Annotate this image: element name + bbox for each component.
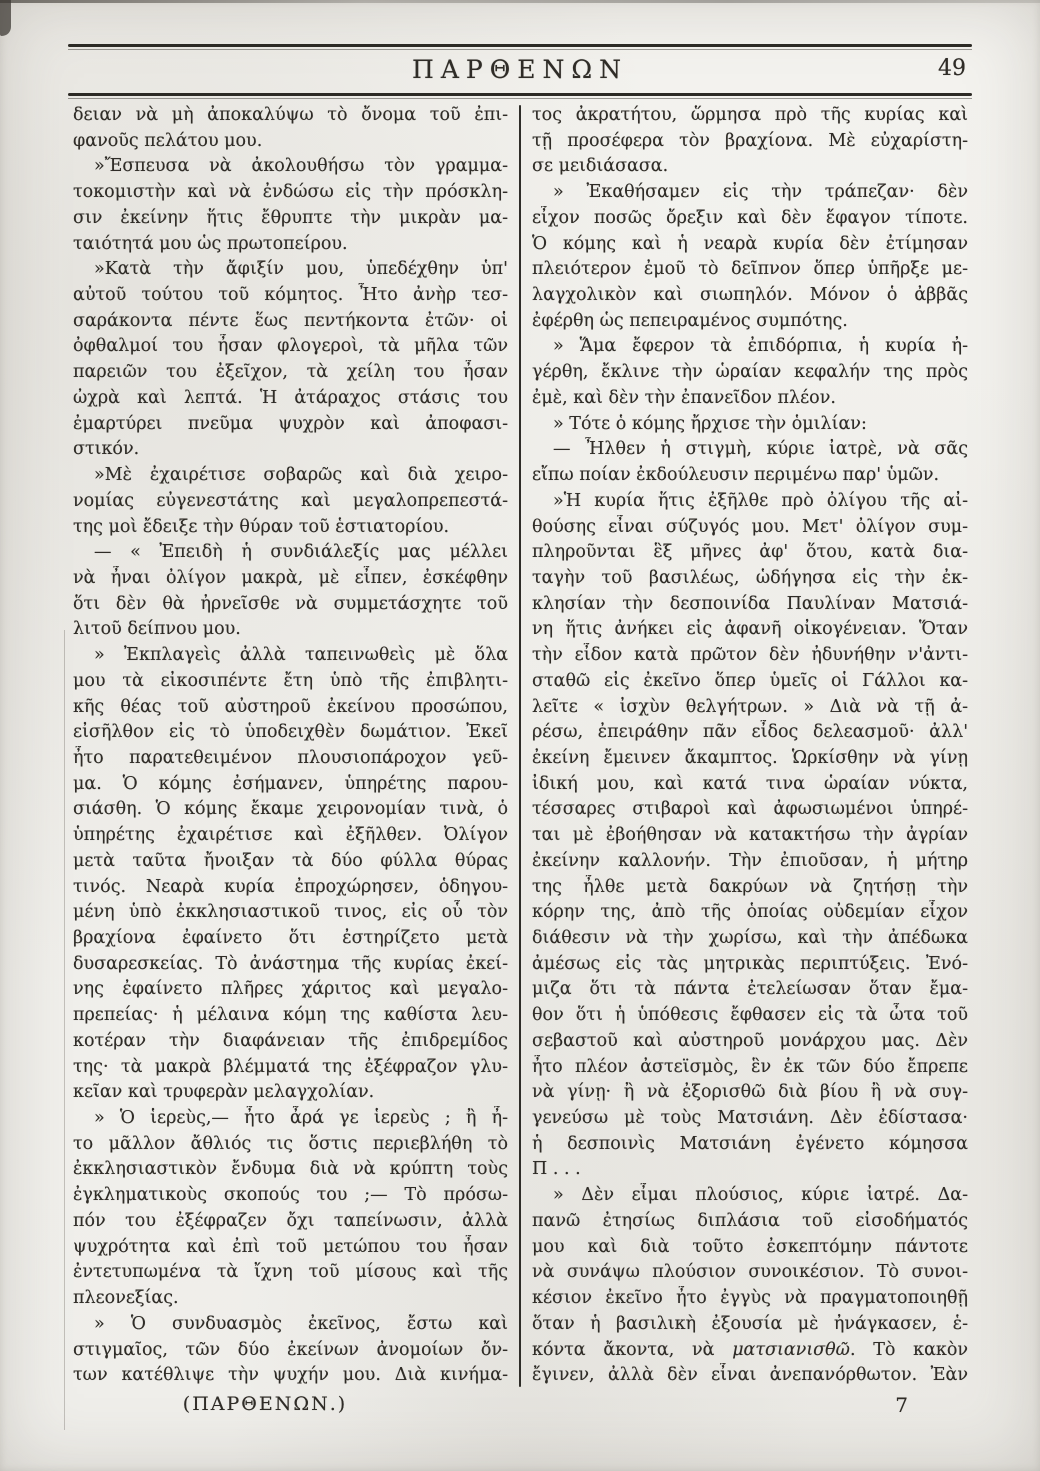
text-line: νὰ γίνῃ· ἢ νὰ ἐξορισθῶ διὰ βίου ἢ νὰ συγ… (532, 1080, 968, 1106)
text-line: νομίας εὐγενεστάτης καὶ μεγαλοπρεπεστά- (73, 489, 508, 515)
page-footer: (ΠΑΡΘΕΝΩΝ.) 7 (68, 1393, 972, 1417)
text-line: θούσης εἶναι σύζυγός μου. Μετ' ὀλίγον συ… (532, 515, 968, 541)
text-line: πόν του ἐξέφραζεν ὄχι ταπείνωσιν, ἀλλὰ (73, 1209, 508, 1235)
text-line: της ἦλθε μετὰ δακρύων νὰ ζητήσῃ τὴν (532, 875, 968, 901)
text-line: κλησίαν τὴν δεσποινίδα Παυλίναν Ματσιά- (532, 592, 968, 618)
text-columns: δειαν νὰ μὴ ἀποκαλύψω τὸ ὄνομα τοῦ ἐπι-φ… (68, 103, 972, 1389)
footer-signature: (ΠΑΡΘΕΝΩΝ.) (68, 1393, 520, 1417)
scanned-journal-page: ΠΑΡΘΕΝΩΝ 49 δειαν νὰ μὴ ἀποκαλύψω τὸ ὄνο… (0, 0, 1040, 1471)
text-line: διάθεσιν νὰ τὴν χωρίσω, καὶ τὴν ἀπέδωκα (532, 926, 968, 952)
text-line: ταγὴν τοῦ βασιλέως, ὡδήγησα εἰς τὴν ἐκ- (532, 566, 968, 592)
text-line: ἡ δεσποινὶς Ματσιάνη ἐγένετο κόμησσα (532, 1132, 968, 1158)
text-line: ὑπηρέτης ἐχαιρέτισε καὶ ἐξῆλθεν. Ὀλίγον (73, 823, 508, 849)
text-line: δειαν νὰ μὴ ἀποκαλύψω τὸ ὄνομα τοῦ ἐπι- (73, 103, 508, 129)
text-line: μα. Ὁ κόμης ἐσήμανεν, ὑπηρέτης παρου- (73, 772, 508, 798)
text-line: ἐκείνην καλλονήν. Τὴν ἐπιοῦσαν, ἡ μήτηρ (532, 849, 968, 875)
text-line: » Ὁ συνδυασμὸς ἐκεῖνος, ἔστω καὶ (73, 1312, 508, 1338)
column-left: δειαν νὰ μὴ ἀποκαλύψω τὸ ὄνομα τοῦ ἐπι-φ… (68, 103, 520, 1389)
text-line: Ὁ κόμης καὶ ἡ νεαρὰ κυρία δὲν ἐτίμησαν (532, 232, 968, 258)
header-bottom-rule (68, 93, 972, 96)
journal-title: ΠΑΡΘΕΝΩΝ (412, 55, 628, 84)
text-line: δυσαρεσκείας. Τὸ ἀνάστημα τῆς κυρίας ἐκε… (73, 952, 508, 978)
text-line: σιν ἐκείνην ἥτις ἔθρυπτε τὴν μικρὰν μα- (73, 206, 508, 232)
text-line: μου τὰ εἰκοσιπέντε ἔτη ὑπὸ τῆς ἐπιβλητι- (73, 669, 508, 695)
text-line: λιτοῦ δείπνου μου. (73, 617, 508, 643)
text-line: ἐκείνη ἔμεινεν ἄκαμπτος. Ὡρκίσθην νὰ γίν… (532, 746, 968, 772)
text-line: τέσσαρες στιβαροὶ καὶ ἀφωσιωμένοι ὑπηρέ- (532, 797, 968, 823)
text-line: γενεύσω μὲ τοὺς Ματσιάνη. Δὲν ἐδίστασα· (532, 1106, 968, 1132)
text-line: εἴπω ποίαν ἐκδούλευσιν περιμένω παρ' ὑμῶ… (532, 463, 968, 489)
text-line: της· τὰ μακρὰ βλέμματά της ἐξέφραζον γλυ… (73, 1055, 508, 1081)
text-line: μιζα ὅτι τὰ πάντα ἐτελείωσαν ὅταν ἔμα- (532, 977, 968, 1003)
text-line: ἦτο παρατεθειμένον πλουσιοπάροχον γεῦ- (73, 746, 508, 772)
text-line: κοτέραν τὴν διαφάνειαν τῆς ἐπιδρεμίδος (73, 1029, 508, 1055)
text-line: ὅτι δὲν θὰ ἠρνεῖσθε νὰ συμμετάσχητε τοῦ (73, 592, 508, 618)
text-line: ἐμαρτύρει πνεῦμα ψυχρὸν καὶ ἀποφασι- (73, 412, 508, 438)
text-line: κόντα ἄκοντα, νὰ ματσιανισθῶ. Τὸ κακὸν (532, 1338, 968, 1364)
text-line: σεβαστοῦ καὶ αὐστηροῦ μονάρχου μας. Δὲν (532, 1029, 968, 1055)
text-line: τος ἀκρατήτου, ὥρμησα πρὸ τῆς κυρίας καὶ (532, 103, 968, 129)
column-divider (519, 105, 521, 1387)
text-line: σε μειδιάσασα. (532, 154, 968, 180)
page-content: ΠΑΡΘΕΝΩΝ 49 δειαν νὰ μὴ ἀποκαλύψω τὸ ὄνο… (68, 0, 972, 1417)
text-line: μετὰ ταῦτα ἤνοιξαν τὰ δύο φύλλα θύρας (73, 849, 508, 875)
text-line: » Ἐκπλαγεὶς ἀλλὰ ταπεινωθεὶς μὲ ὅλα (73, 643, 508, 669)
text-line: »Κατὰ τὴν ἄφιξίν μου, ὑπεδέχθην ὑπ' (73, 257, 508, 283)
text-line: ρέσω, ἐπειράθην πᾶν εἶδος δελεασμοῦ· ἀλλ… (532, 720, 968, 746)
text-line: » Ὁ ἱερεὺς,— ἦτο ἆρά γε ἱερεὺς ; ἢ ἦ- (73, 1106, 508, 1132)
text-line: πλεονεξίας. (73, 1286, 508, 1312)
text-line: » Ἐκαθήσαμεν εἰς τὴν τράπεζαν· δὲν (532, 180, 968, 206)
text-line: αὐτοῦ τούτου τοῦ κόμητος. Ἦτο ἀνὴρ τεσ- (73, 283, 508, 309)
text-line: κόρην της, ἀπὸ τῆς ὁποίας οὐδεμίαν εἶχον (532, 900, 968, 926)
text-line: τῇ προσέφερα τὸν βραχίονα. Μὲ εὐχαρίστη- (532, 129, 968, 155)
text-line: ὀφθαλμοί του ἦσαν φλογεροὶ, τὰ μῆλα τῶν (73, 334, 508, 360)
text-line: παρειῶν του ἐξεῖχον, τὰ χείλη του ἦσαν (73, 360, 508, 386)
text-line: μένη ὑπὸ ἐκκλησιαστικοῦ τινος, εἰς οὗ τὸ… (73, 900, 508, 926)
text-line: πανῶ ἐτησίως διπλάσια τοῦ εἰσοδήματός (532, 1209, 968, 1235)
text-line: νης ἐφαίνετο πλῆρες χάριτος καὶ μεγαλο- (73, 977, 508, 1003)
scan-corner-mark (0, 0, 11, 36)
text-line: φανοῦς πελάτου μου. (73, 129, 508, 155)
text-line: Π . . . (532, 1157, 968, 1183)
text-line: τὴν εἶδον κατὰ πρῶτον δὲν ἠδυνήθην ν'ἀντ… (532, 643, 968, 669)
text-line: πληροῦνται ἓξ μῆνες ἀφ' ὅτου, κατὰ δια- (532, 540, 968, 566)
text-line: εἰσῆλθον εἰς τὸ ὑποδειχθὲν δωμάτιον. Ἐκε… (73, 720, 508, 746)
text-line: »Ἔσπευσα νὰ ἀκολουθήσω τὸν γραμμα- (73, 154, 508, 180)
text-line: — « Ἐπειδὴ ἡ συνδιάλεξίς μας μέλλει (73, 540, 508, 566)
text-line: σιάσθη. Ὁ κόμης ἔκαμε χειρονομίαν τινὰ, … (73, 797, 508, 823)
text-line: κῆς θέας τοῦ αὐστηροῦ ἐκείνου προσώπου, (73, 695, 508, 721)
text-line: ἀμέσως εἰς τὰς μητρικὰς περιπτύξεις. Ἐνό… (532, 952, 968, 978)
text-line: » Ἅμα ἔφερον τὰ ἐπιδόρπια, ἡ κυρία ἠ- (532, 334, 968, 360)
text-line: »Μὲ ἐχαιρέτισε σοβαρῶς καὶ διὰ χειρο- (73, 463, 508, 489)
text-line: »Ἡ κυρία ἥτις ἐξῆλθε πρὸ ὀλίγου τῆς αἰ- (532, 489, 968, 515)
text-line: νὰ συνάψω πλούσιον συνοικέσιον. Τὸ συνοι… (532, 1260, 968, 1286)
text-line: λεῖτε « ἰσχὺν θελγήτρων. » Διὰ νὰ τῇ ἀ- (532, 695, 968, 721)
text-line: λαγχολικὸν καὶ σιωπηλόν. Μόνον ὁ ἀββᾶς (532, 283, 968, 309)
text-line: σαράκοντα πέντε ἕως πεντήκοντα ἐτῶν· οἱ (73, 309, 508, 335)
text-line: κέσιον ἐκεῖνο ἦτο ἐγγὺς νὰ πραγματοποιηθ… (532, 1286, 968, 1312)
text-line: της μοὶ ἔδειξε τὴν θύραν τοῦ ἑστιατορίου… (73, 515, 508, 541)
text-line: » Τότε ὁ κόμης ἤρχισε τὴν ὁμιλίαν: (532, 412, 968, 438)
text-line: ἦτο πλέον ἀστεϊσμὸς, ἓν ἐκ τῶν δύο ἔπρεπ… (532, 1055, 968, 1081)
text-line: σταθῶ εἰς ἐκεῖνο ὅπερ ὑμεῖς οἱ Γάλλοι κα… (532, 669, 968, 695)
sheet-number: 7 (520, 1393, 972, 1417)
text-line: πλειότερον ἐμοῦ τὸ δεῖπνον ὅπερ ὑπῆρξε μ… (532, 257, 968, 283)
text-line: πρεπείας· ἡ μέλαινα κόμη της καθίστα λευ… (73, 1003, 508, 1029)
text-line: ἐμὲ, καὶ δὲν τὴν ἐπανεῖδον πλέον. (532, 386, 968, 412)
text-line: ψυχρότητα καὶ ἐπὶ τοῦ μετώπου του ἦσαν (73, 1235, 508, 1261)
text-line: ἐφέρθη ὡς πεπειραμένος συμπότης. (532, 309, 968, 335)
text-line: ται μὲ ἐβοήθησαν νὰ κατακτήσω τὴν ἀγρίαν (532, 823, 968, 849)
text-line: τινός. Νεαρὰ κυρία ἐπροχώρησεν, ὁδηγου- (73, 875, 508, 901)
text-line: εἶχον ποσῶς ὄρεξιν καὶ δὲν ἔφαγον τίποτε… (532, 206, 968, 232)
text-line: γέρθη, ἔκλινε τὴν ὡραίαν κεφαλήν της πρὸ… (532, 360, 968, 386)
text-line: στικόν. (73, 437, 508, 463)
text-line: βραχίονα ἐφαίνετο ὅτι ἐστηρίζετο μετὰ (73, 926, 508, 952)
text-line: ἰδική μου, καὶ κατά τινα ὡραίαν νύκτα, (532, 772, 968, 798)
text-line: μου καὶ διὰ τοῦτο ἐσκεπτόμην πάντοτε (532, 1235, 968, 1261)
text-line: νη ἥτις ἀνήκει εἰς ἀφανῆ οἰκογένειαν. Ὅτ… (532, 617, 968, 643)
page-header: ΠΑΡΘΕΝΩΝ 49 (68, 47, 972, 91)
text-line: ὅταν ἡ βασιλικὴ ἐξουσία μὲ ἠνάγκασεν, ἑ- (532, 1312, 968, 1338)
text-line: ἐγκληματικοὺς σκοπούς του ;— Τὸ πρόσω- (73, 1183, 508, 1209)
text-line: τοκομιστὴν καὶ νὰ ἐνδώσω εἰς τὴν πρόσκλη… (73, 180, 508, 206)
text-line: το μᾶλλον ἄθλιός τις ὅστις περιεβλήθη τὸ (73, 1132, 508, 1158)
text-line: κεῖαν καὶ τρυφερὰν μελαγχολίαν. (73, 1080, 508, 1106)
text-line: — Ἦλθεν ἡ στιγμὴ, κύριε ἰατρὲ, νὰ σᾶς (532, 437, 968, 463)
page-number: 49 (938, 56, 966, 81)
text-line: ταιότητά μου ὡς πρωτοπείρου. (73, 232, 508, 258)
text-line: θον ὅτι ἡ ὑπόθεσις ἔφθασεν εἰς τὰ ὦτα το… (532, 1003, 968, 1029)
text-line: ἐντετυπωμένα τὰ ἴχνη τοῦ μίσους καὶ τῆς (73, 1260, 508, 1286)
text-line: στιγμαῖος, τῶν δύο ἐκείνων ἀνομοίων ὄν- (73, 1338, 508, 1364)
text-line: νὰ ἦναι ὀλίγον μακρὰ, μὲ εἶπεν, ἐσκέφθην (73, 566, 508, 592)
column-right: τος ἀκρατήτου, ὥρμησα πρὸ τῆς κυρίας καὶ… (520, 103, 972, 1389)
text-line: ὠχρὰ καὶ λεπτά. Ἡ ἀτάραχος στάσις του (73, 386, 508, 412)
text-line: ἔγινεν, ἀλλὰ δὲν εἶναι ἀνεπανόρθωτον. Ἐὰ… (532, 1363, 968, 1389)
text-line: » Δὲν εἶμαι πλούσιος, κύριε ἰατρέ. Δα- (532, 1183, 968, 1209)
scan-fold-line (64, 630, 65, 1430)
text-line: των κατέθλιψε τὴν ψυχήν μου. Διὰ κινήμα- (73, 1363, 508, 1389)
text-line: ἐκκλησιαστικὸν ἔνδυμα διὰ νὰ κρύπτη τοὺς (73, 1157, 508, 1183)
